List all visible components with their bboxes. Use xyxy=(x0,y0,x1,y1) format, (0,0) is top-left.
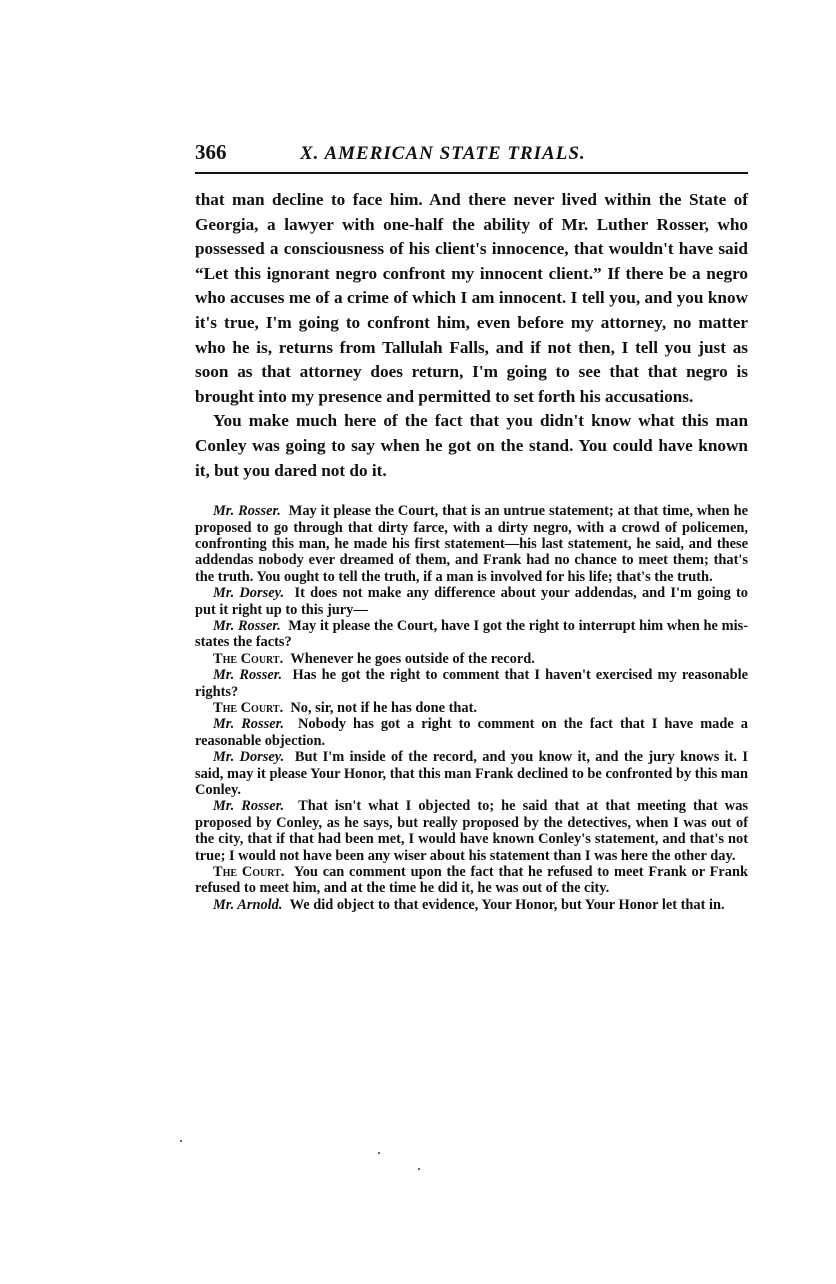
book-page: 366 X. AMERICAN STATE TRIALS. that man d… xyxy=(195,140,748,913)
speaker: Mr. Rosser. xyxy=(213,667,282,683)
colloquy-entry: Mr. Rosser. May it please the Court, hav… xyxy=(195,618,748,651)
header-rule xyxy=(195,172,748,174)
colloquy-entry: Mr. Rosser. That isn't what I objected t… xyxy=(195,798,748,864)
speaker: Mr. Rosser. xyxy=(213,716,284,732)
scan-speck xyxy=(378,1152,380,1154)
colloquy-entry: The Court. You can comment upon the fact… xyxy=(195,864,748,897)
page-number: 366 xyxy=(195,140,300,165)
speaker: Mr. Rosser. xyxy=(213,618,281,634)
main-text: that man decline to face him. And there … xyxy=(195,188,748,483)
colloquy-entry: Mr. Dorsey. It does not make any differe… xyxy=(195,585,748,618)
speaker: Mr. Rosser. xyxy=(213,503,281,519)
paragraph: You make much here of the fact that you … xyxy=(195,409,748,483)
scan-speck xyxy=(180,1140,182,1142)
statement: No, sir, not if he has done that. xyxy=(290,700,477,716)
running-head: X. AMERICAN STATE TRIALS. xyxy=(300,143,586,165)
colloquy-entry: Mr. Rosser. May it please the Court, tha… xyxy=(195,503,748,585)
colloquy-entry: The Court. No, sir, not if he has done t… xyxy=(195,700,748,716)
paragraph: that man decline to face him. And there … xyxy=(195,188,748,409)
colloquy-entry: Mr. Dorsey. But I'm inside of the record… xyxy=(195,749,748,798)
page-header: 366 X. AMERICAN STATE TRIALS. xyxy=(195,140,748,170)
colloquy: Mr. Rosser. May it please the Court, tha… xyxy=(195,503,748,913)
statement: We did object to that evidence, Your Hon… xyxy=(290,897,725,913)
speaker: Mr. Rosser. xyxy=(213,798,284,814)
scan-speck xyxy=(418,1168,420,1170)
speaker: The Court. xyxy=(213,700,283,716)
speaker: The Court. xyxy=(213,651,283,667)
colloquy-entry: Mr. Rosser. Nobody has got a right to co… xyxy=(195,716,748,749)
colloquy-entry: The Court. Whenever he goes outside of t… xyxy=(195,651,748,667)
speaker: Mr. Arnold. xyxy=(213,897,282,913)
statement: Whenever he goes outside of the record. xyxy=(290,651,534,667)
speaker: Mr. Dorsey. xyxy=(213,585,284,601)
speaker: The Court. xyxy=(213,864,284,880)
colloquy-entry: Mr. Rosser. Has he got the right to comm… xyxy=(195,667,748,700)
colloquy-entry: Mr. Arnold. We did object to that eviden… xyxy=(195,897,748,913)
speaker: Mr. Dorsey. xyxy=(213,749,284,765)
